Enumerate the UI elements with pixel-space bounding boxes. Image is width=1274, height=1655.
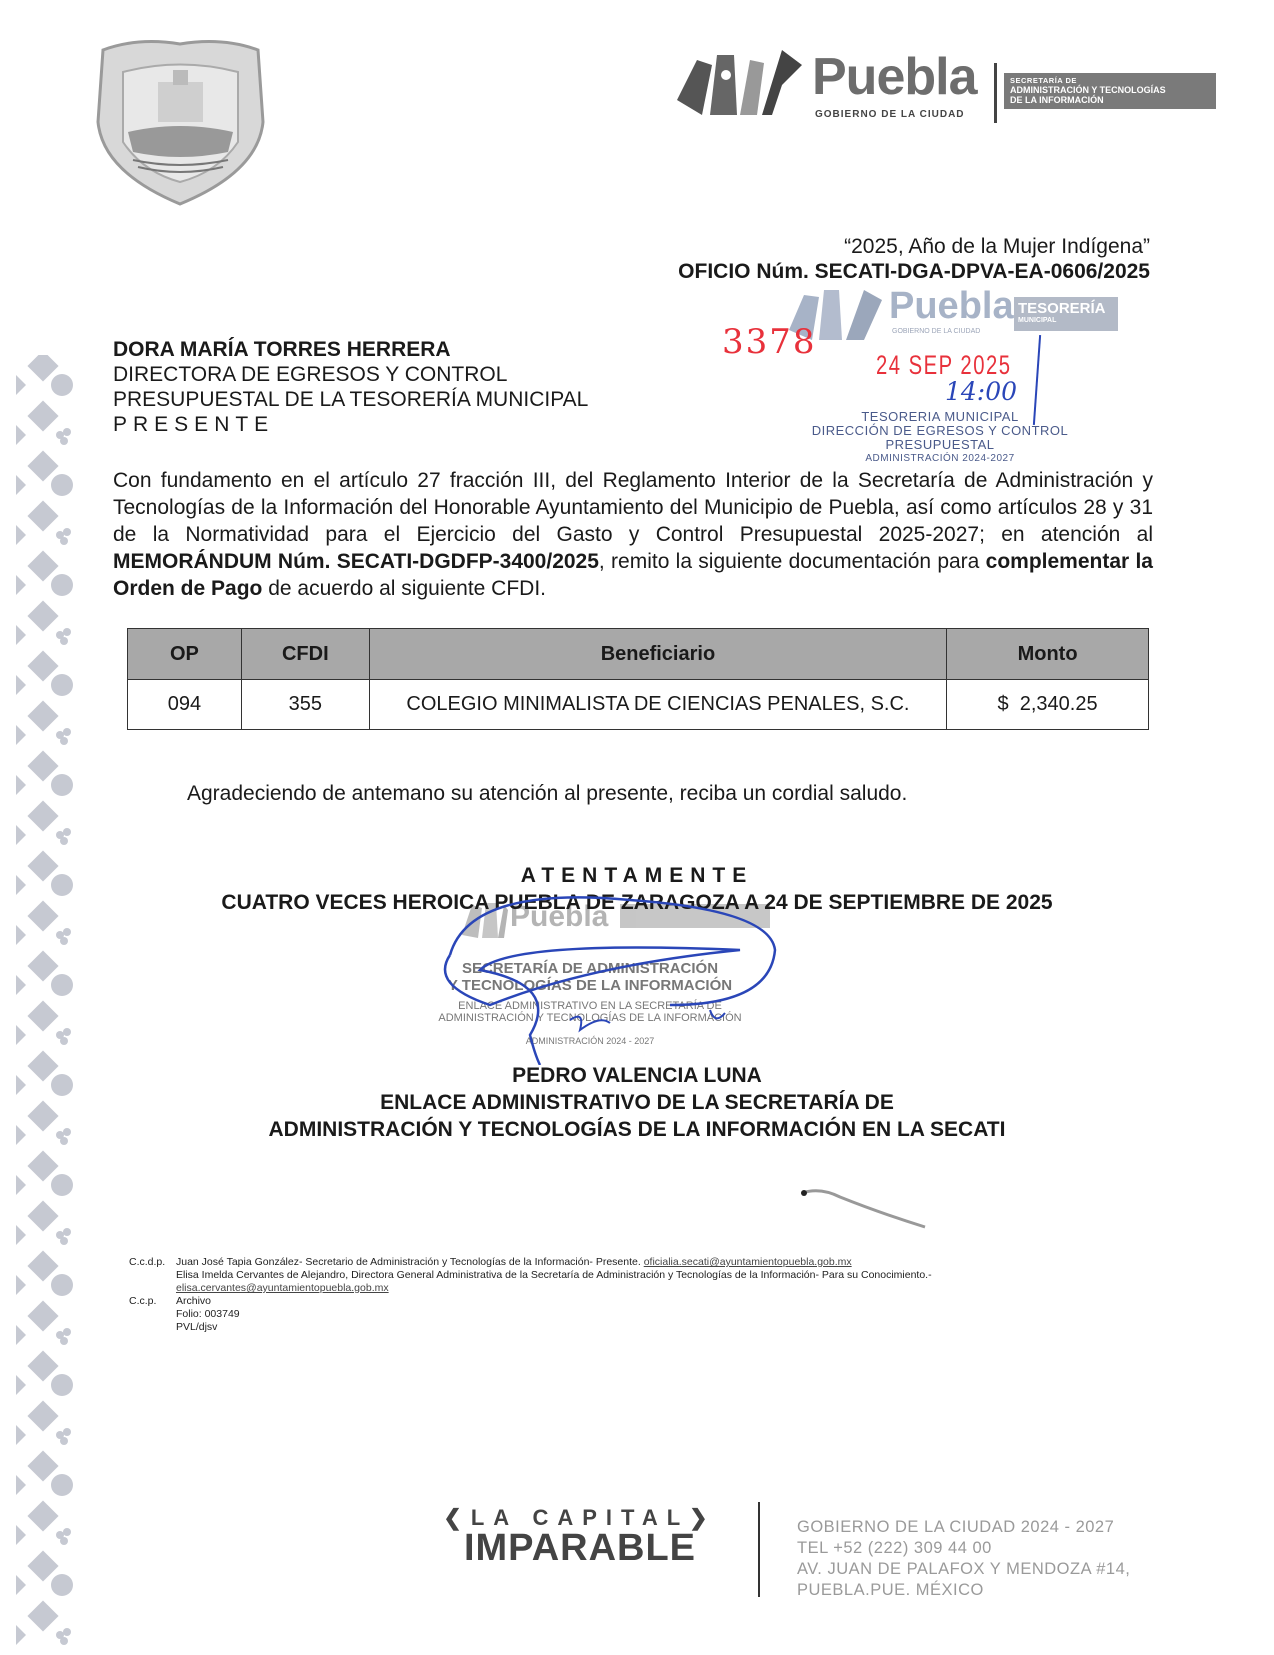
tesoreria-stamp-text: TESORERIA MUNICIPAL DIRECCIÓN DE EGRESOS… — [790, 410, 1090, 466]
addressee-title-line1: DIRECTORA DE EGRESOS Y CONTROL — [113, 362, 588, 387]
stamp-line4: ADMINISTRACIÓN 2024-2027 — [790, 452, 1090, 466]
table-row: 094 355 COLEGIO MINIMALISTA DE CIENCIAS … — [128, 680, 1149, 730]
tesoreria-box: TESORERÍAMUNICIPAL — [1014, 297, 1118, 331]
signer-block: PEDRO VALENCIA LUNA ENLACE ADMINISTRATIV… — [0, 1062, 1274, 1143]
tesoreria-logo-subtitle: GOBIERNO DE LA CIUDAD — [892, 328, 980, 335]
oficio-number: OFICIO Núm. SECATI-DGA-DPVA-EA-0606/2025 — [678, 260, 1150, 284]
tesoreria-logo-name: Puebla — [889, 285, 1014, 328]
memo-reference: MEMORÁNDUM Núm. SECATI-DGDFP-3400/2025 — [113, 550, 599, 573]
body-text-1: Con fundamento en el artículo 27 fracció… — [113, 469, 1153, 546]
signer-name: PEDRO VALENCIA LUNA — [0, 1062, 1274, 1089]
payment-order-table: OP CFDI Beneficiario Monto 094 355 COLEG… — [127, 628, 1149, 730]
signer-title-line2: ADMINISTRACIÓN Y TECNOLOGÍAS DE LA INFOR… — [0, 1116, 1274, 1143]
ccp-initials: PVL/djsv — [176, 1321, 217, 1334]
atentamente-heading: ATENTAMENTE — [0, 864, 1274, 888]
addressee-block: DORA MARÍA TORRES HERRERA DIRECTORA DE E… — [113, 337, 588, 437]
footer-phone: TEL +52 (222) 309 44 00 — [797, 1538, 1130, 1559]
folio-stamp: 3378 — [722, 322, 817, 362]
decorative-border-pattern-icon — [10, 355, 80, 1655]
pen-stroke-mark-icon — [800, 1185, 930, 1230]
handwritten-time: 14:00 — [945, 377, 1017, 406]
footer-address-line1: AV. JUAN DE PALAFOX Y MENDOZA #14, — [797, 1559, 1130, 1580]
footer-government-period: GOBIERNO DE LA CIUDAD 2024 - 2027 — [797, 1517, 1130, 1538]
ccdp-email-1-link[interactable]: oficialia.secati@ayuntamientopuebla.gob.… — [644, 1256, 852, 1268]
ccdp-email-2-link[interactable]: elisa.cervantes@ayuntamientopuebla.gob.m… — [176, 1282, 389, 1295]
secretaria-line2: ADMINISTRACIÓN Y TECNOLOGÍAS — [1010, 85, 1210, 95]
addressee-name: DORA MARÍA TORRES HERRERA — [113, 337, 588, 362]
stamp-line1: TESORERIA MUNICIPAL — [790, 410, 1090, 424]
logo-city-name: Puebla — [812, 47, 977, 107]
body-text-3: de acuerdo al siguiente CFDI. — [262, 577, 546, 600]
addressee-title-line2: PRESUPUESTAL DE LA TESORERÍA MUNICIPAL — [113, 387, 588, 412]
stamp-line3: PRESUPUESTAL — [790, 438, 1090, 452]
logo-city-subtitle: GOBIERNO DE LA CIUDAD — [815, 109, 965, 120]
addressee-greeting: PRESENTE — [113, 412, 588, 437]
coat-of-arms-icon — [88, 32, 273, 207]
year-motto: “2025, Año de la Mujer Indígena” — [844, 235, 1150, 259]
footer-divider — [758, 1502, 760, 1597]
secretaria-label-box: SECRETARÍA DE ADMINISTRACIÓN Y TECNOLOGÍ… — [1004, 73, 1216, 109]
secretaria-line1: SECRETARÍA DE — [1010, 76, 1210, 85]
ccp-label: C.c.p. — [129, 1295, 176, 1308]
closing-sentence: Agradeciendo de antemano su atención al … — [187, 782, 907, 806]
table-header-row: OP CFDI Beneficiario Monto — [128, 629, 1149, 680]
handwritten-signature-icon — [410, 895, 810, 1065]
cell-beneficiario: COLEGIO MINIMALISTA DE CIENCIAS PENALES,… — [369, 680, 946, 730]
puebla-emblem-icon — [672, 45, 807, 125]
cell-op: 094 — [128, 680, 242, 730]
cell-cfdi: 355 — [241, 680, 369, 730]
tesoreria-stamp-logo: Puebla GOBIERNO DE LA CIUDAD TESORERÍAMU… — [784, 285, 1124, 343]
ccdp-recipient-2: Elisa Imelda Cervantes de Alejandro, Dir… — [176, 1269, 932, 1282]
ccdp-recipient-1: Juan José Tapia González- Secretario de … — [176, 1256, 644, 1268]
copy-recipients-block: C.c.d.p. Juan José Tapia González- Secre… — [129, 1256, 932, 1334]
stamp-line2: DIRECCIÓN DE EGRESOS Y CONTROL — [790, 424, 1090, 438]
ccp-archivo: Archivo — [176, 1295, 211, 1308]
tesoreria-box-sublabel: MUNICIPAL — [1018, 317, 1114, 324]
column-header-monto: Monto — [947, 629, 1149, 680]
signer-title-line1: ENLACE ADMINISTRATIVO DE LA SECRETARÍA D… — [0, 1089, 1274, 1116]
footer-contact: GOBIERNO DE LA CIUDAD 2024 - 2027 TEL +5… — [797, 1517, 1130, 1601]
logo-divider — [994, 63, 997, 123]
ccp-folio: Folio: 003749 — [176, 1308, 240, 1321]
puebla-government-logo: Puebla GOBIERNO DE LA CIUDAD SECRETARÍA … — [672, 45, 1217, 125]
cell-monto: $ 2,340.25 — [947, 680, 1149, 730]
footer-address-line2: PUEBLA.PUE. MÉXICO — [797, 1580, 1130, 1601]
column-header-cfdi: CFDI — [241, 629, 369, 680]
body-paragraph: Con fundamento en el artículo 27 fracció… — [113, 467, 1153, 602]
secretaria-line3: DE LA INFORMACIÓN — [1010, 95, 1210, 105]
tesoreria-box-label: TESORERÍA — [1018, 300, 1106, 317]
column-header-op: OP — [128, 629, 242, 680]
footer-slogan: ❮LA CAPITAL❯ IMPARABLE — [440, 1505, 720, 1565]
slogan-bottom: IMPARABLE — [440, 1531, 720, 1565]
ccdp-label: C.c.d.p. — [129, 1256, 176, 1269]
body-text-2: , remito la siguiente documentación para — [599, 550, 986, 573]
column-header-beneficiario: Beneficiario — [369, 629, 946, 680]
